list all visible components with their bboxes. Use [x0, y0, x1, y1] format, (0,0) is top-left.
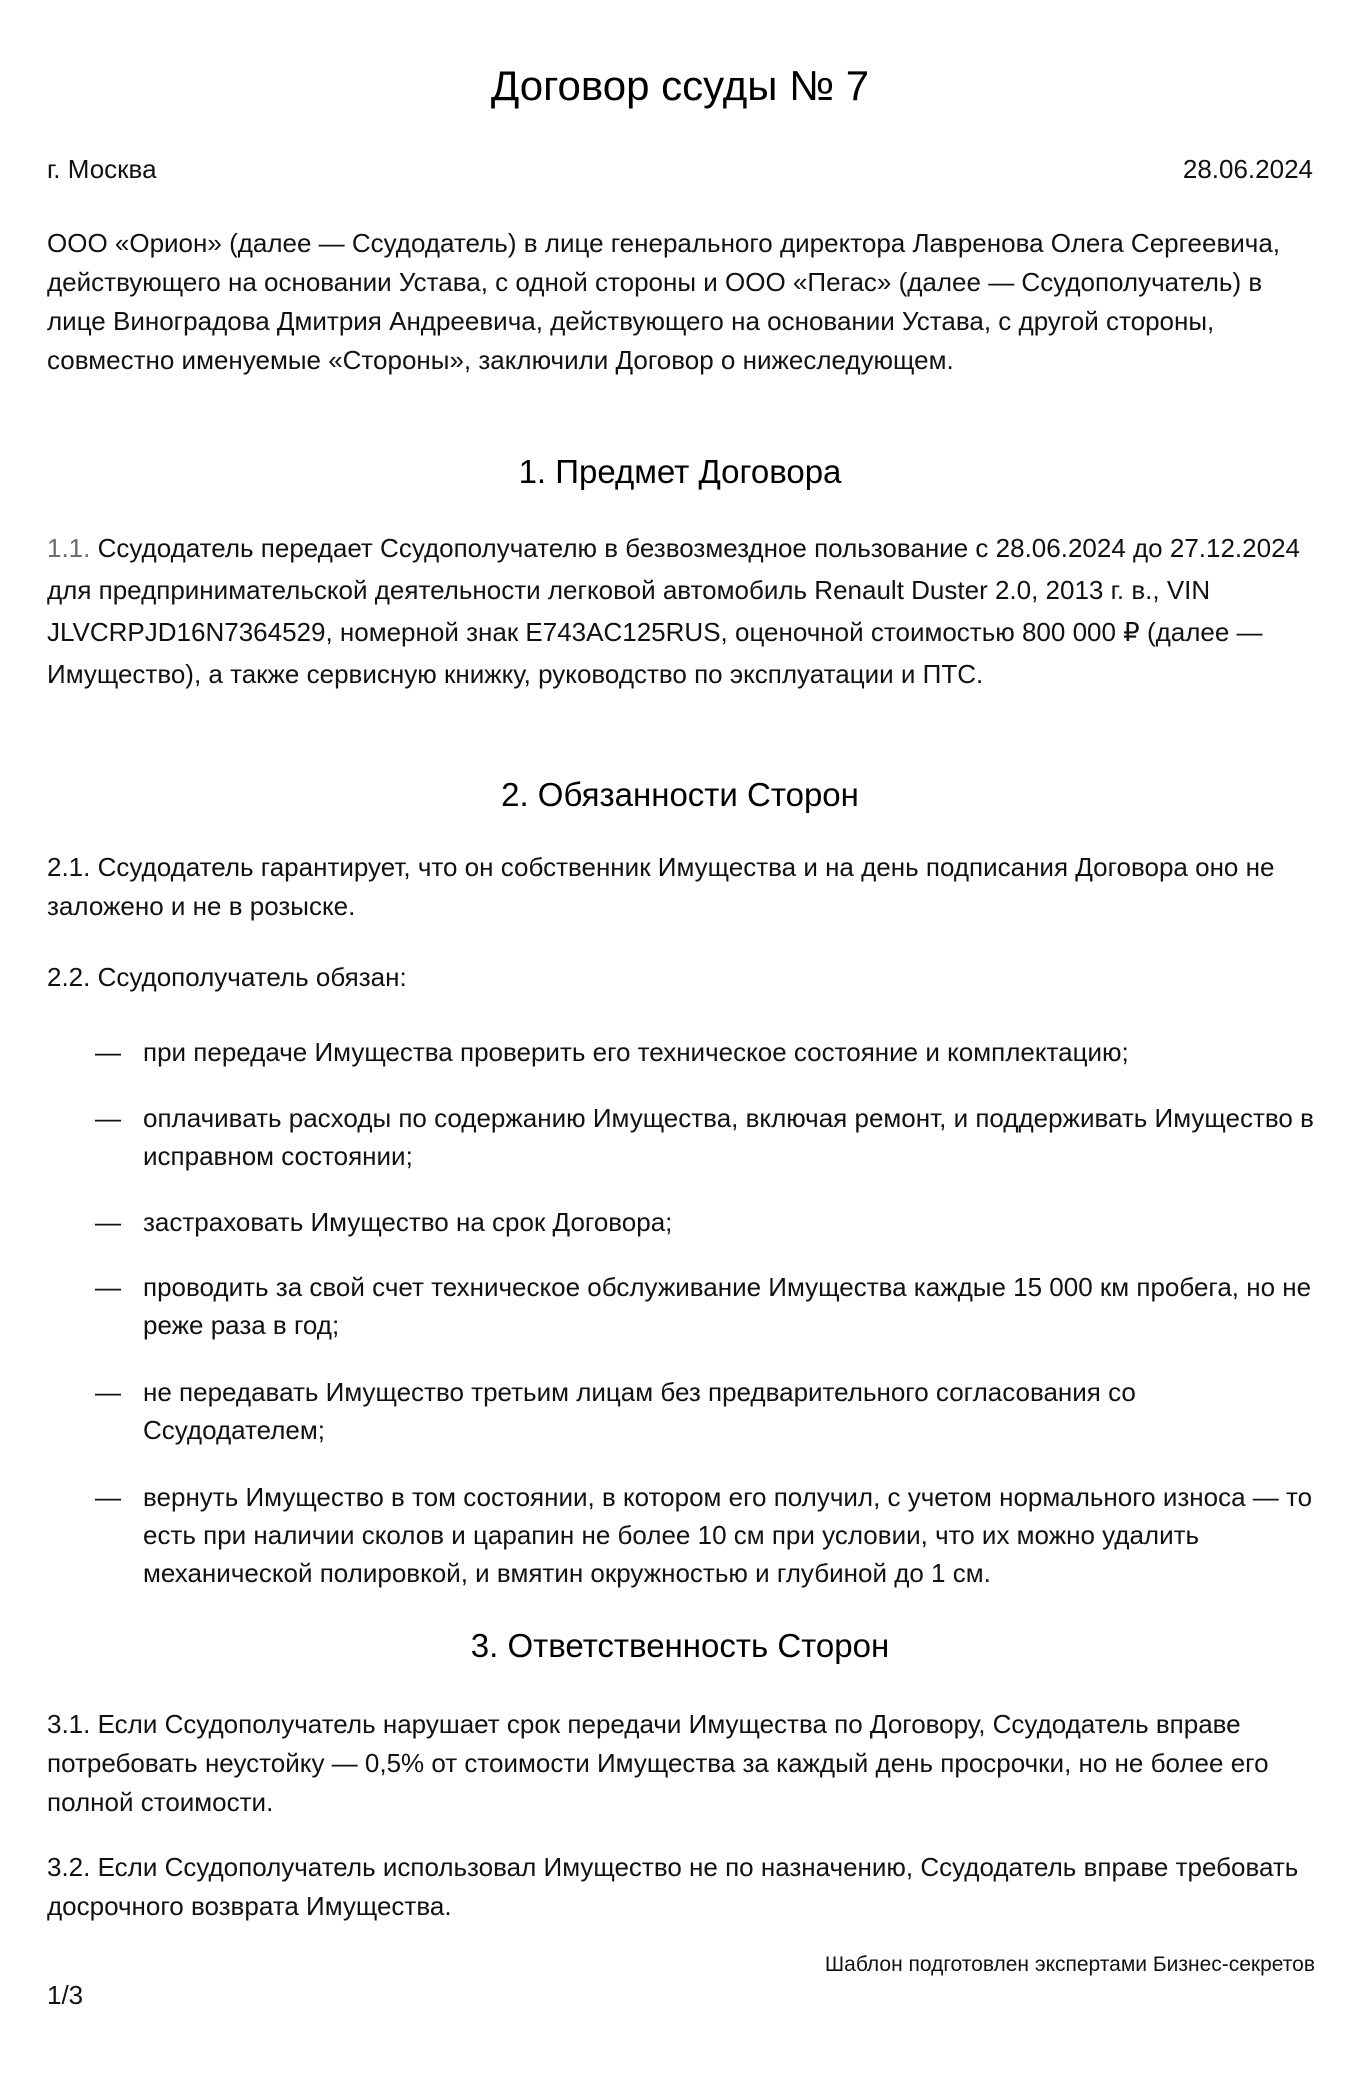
clause-number: 2.2. [47, 962, 90, 992]
page-number: 1/3 [47, 1976, 83, 2015]
dash-bullet-icon: — [95, 1373, 143, 1449]
clause-2-1: 2.1. Ссудодатель гарантирует, что он соб… [47, 848, 1317, 926]
intro-paragraph: ООО «Орион» (далее — Ссудодатель) в лице… [47, 224, 1317, 380]
section-heading-2: 2. Обязанности Сторон [0, 775, 1360, 815]
list-item-text: при передаче Имущества проверить его тех… [143, 1033, 1320, 1071]
list-item-text: проводить за свой счет техническое обслу… [143, 1268, 1320, 1344]
clause-number: 3.2. [47, 1852, 90, 1882]
template-credit: Шаблон подготовлен экспертами Бизнес-сек… [825, 1950, 1315, 1980]
section-heading-1: 1. Предмет Договора [0, 452, 1360, 492]
dash-bullet-icon: — [95, 1268, 143, 1344]
clause-text: Если Ссудополучатель нарушает срок перед… [47, 1709, 1269, 1817]
dash-bullet-icon: — [95, 1033, 143, 1071]
clause-number: 1.1. [47, 533, 90, 563]
dash-bullet-icon: — [95, 1203, 143, 1241]
clause-2-2: 2.2. Ссудополучатель обязан: [47, 958, 1317, 997]
list-item: — при передаче Имущества проверить его т… [95, 1033, 1320, 1071]
contract-date: 28.06.2024 [1183, 150, 1313, 189]
list-item: — застраховать Имущество на срок Договор… [95, 1203, 1320, 1241]
list-item-text: не передавать Имущество третьим лицам бе… [143, 1373, 1320, 1449]
clause-text: Ссудодатель передает Ссудополучателю в б… [47, 533, 1300, 689]
document-title: Договор ссуды № 7 [0, 61, 1360, 111]
clause-text: Ссудополучатель обязан: [98, 962, 407, 992]
city: г. Москва [47, 150, 157, 189]
dash-bullet-icon: — [95, 1478, 143, 1592]
clause-text: Ссудодатель гарантирует, что он собствен… [47, 852, 1274, 921]
clause-number: 3.1. [47, 1709, 90, 1739]
list-item-text: застраховать Имущество на срок Договора; [143, 1203, 1320, 1241]
clause-1-1: 1.1. Ссудодатель передает Ссудополучател… [47, 527, 1317, 695]
clause-3-2: 3.2. Если Ссудополучатель использовал Им… [47, 1848, 1317, 1926]
clause-number: 2.1. [47, 852, 90, 882]
list-item: — оплачивать расходы по содержанию Имуще… [95, 1099, 1320, 1175]
list-item-text: оплачивать расходы по содержанию Имущест… [143, 1099, 1320, 1175]
clause-3-1: 3.1. Если Ссудополучатель нарушает срок … [47, 1705, 1317, 1822]
clause-text: Если Ссудополучатель использовал Имущест… [47, 1852, 1298, 1921]
section-heading-3: 3. Ответственность Сторон [0, 1626, 1360, 1666]
list-item: — не передавать Имущество третьим лицам … [95, 1373, 1320, 1449]
list-item: — проводить за свой счет техническое обс… [95, 1268, 1320, 1344]
header-row: г. Москва 28.06.2024 [47, 150, 1313, 189]
list-item: — вернуть Имущество в том состоянии, в к… [95, 1478, 1320, 1592]
list-item-text: вернуть Имущество в том состоянии, в кот… [143, 1478, 1320, 1592]
dash-bullet-icon: — [95, 1099, 143, 1175]
